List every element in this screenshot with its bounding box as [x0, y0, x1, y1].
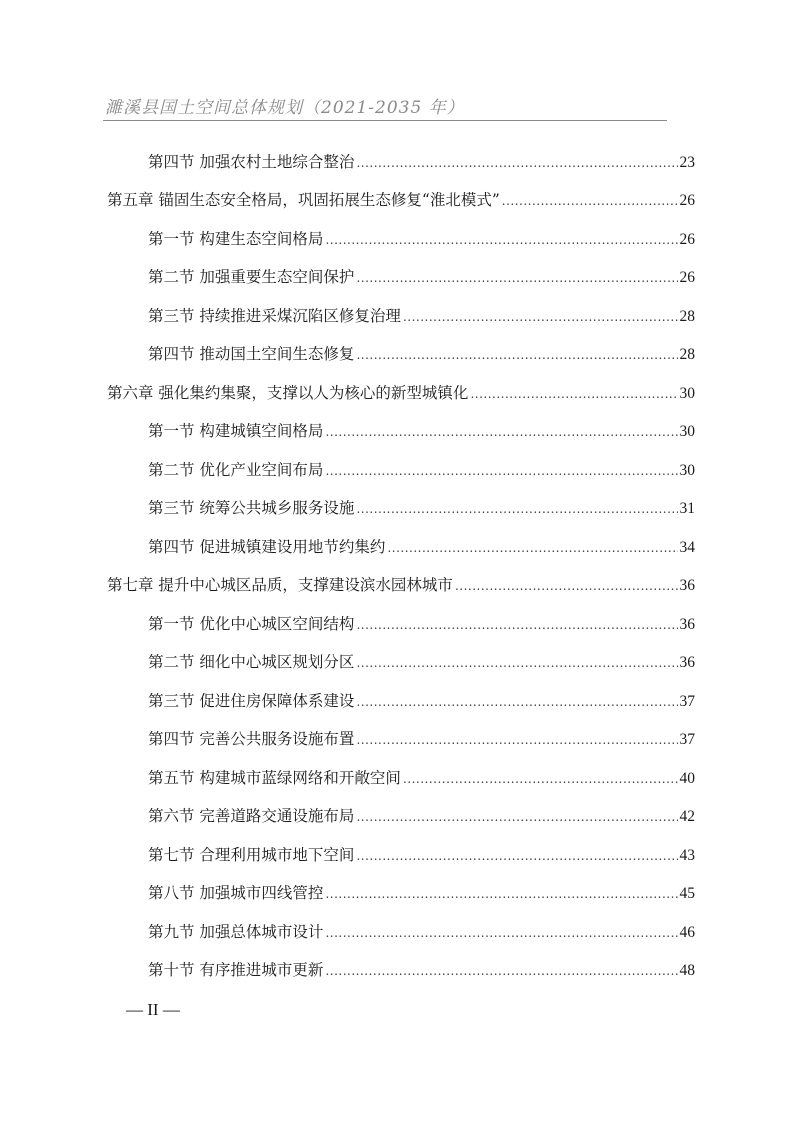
toc-entry-page: 37	[680, 693, 696, 711]
toc-entry-page: 31	[680, 500, 696, 518]
toc-entry[interactable]: 第七章 提升中心城区品质，支撑建设滨水园林城市36	[107, 573, 695, 595]
page-number: — II —	[126, 1000, 180, 1020]
toc-entry-label: 第四节 促进城镇建设用地节约集约	[148, 535, 385, 557]
toc-entry[interactable]: 第一节 优化中心城区空间结构36	[148, 612, 695, 634]
leader-dots	[325, 425, 677, 439]
toc-entry[interactable]: 第九节 加强总体城市设计46	[148, 920, 695, 942]
toc-entry-page: 43	[680, 847, 696, 865]
toc-entry-page: 46	[680, 924, 696, 942]
toc-entry-page: 45	[680, 885, 696, 903]
toc-entry[interactable]: 第一节 构建城镇空间格局30	[148, 419, 695, 441]
toc-entry-label: 第四节 完善公共服务设施布置	[148, 727, 354, 749]
toc-entry-label: 第三节 促进住房保障体系建设	[148, 689, 354, 711]
toc-entry-label: 第二节 优化产业空间布局	[148, 458, 323, 480]
toc-entry-page: 26	[680, 231, 696, 249]
toc-entry[interactable]: 第四节 加强农村土地综合整治23	[148, 150, 695, 172]
toc-entry-label: 第二节 细化中心城区规划分区	[148, 650, 354, 672]
toc-entry-page: 34	[680, 539, 696, 557]
leader-dots	[502, 194, 678, 208]
leader-dots	[403, 310, 678, 324]
leader-dots	[325, 233, 677, 247]
header-divider	[103, 120, 667, 121]
toc-entry-label: 第二节 加强重要生态空间保护	[148, 265, 354, 287]
toc-entry[interactable]: 第三节 促进住房保障体系建设37	[148, 689, 695, 711]
toc-entry[interactable]: 第二节 细化中心城区规划分区36	[148, 650, 695, 672]
toc-entry-label: 第七章 提升中心城区品质，支撑建设滨水园林城市	[107, 573, 453, 595]
leader-dots	[356, 849, 677, 863]
toc-entry-label: 第十节 有序推进城市更新	[148, 958, 323, 980]
toc-entry[interactable]: 第七节 合理利用城市地下空间43	[148, 843, 695, 865]
toc-entry-label: 第八节 加强城市四线管控	[148, 881, 323, 903]
leader-dots	[356, 348, 677, 362]
leader-dots	[325, 926, 677, 940]
toc-entry-page: 48	[680, 962, 696, 980]
toc-entry[interactable]: 第六节 完善道路交通设施布局42	[148, 804, 695, 826]
toc-entry[interactable]: 第三节 统筹公共城乡服务设施31	[148, 496, 695, 518]
toc-entry-label: 第六节 完善道路交通设施布局	[148, 804, 354, 826]
toc-entry-page: 28	[680, 308, 696, 326]
toc-entry[interactable]: 第五节 构建城市蓝绿网络和开敞空间40	[148, 766, 695, 788]
leader-dots	[356, 156, 677, 170]
toc-entry[interactable]: 第六章 强化集约集聚，支撑以人为核心的新型城镇化30	[107, 381, 695, 403]
toc-entry-page: 40	[680, 770, 696, 788]
toc-entry[interactable]: 第十节 有序推进城市更新48	[148, 958, 695, 980]
toc-entry-page: 23	[680, 154, 696, 172]
leader-dots	[356, 618, 677, 632]
leader-dots	[356, 656, 677, 670]
leader-dots	[356, 502, 677, 516]
toc-entry-page: 36	[680, 616, 696, 634]
document-header-title: 濉溪县国土空间总体规划（2021-2035 年）	[105, 93, 465, 118]
toc-entry-label: 第四节 推动国土空间生态修复	[148, 342, 354, 364]
toc-entry[interactable]: 第五章 锚固生态安全格局，巩固拓展生态修复“淮北模式”26	[107, 188, 695, 210]
toc-entry[interactable]: 第八节 加强城市四线管控45	[148, 881, 695, 903]
leader-dots	[325, 887, 677, 901]
toc-entry-page: 26	[680, 192, 696, 210]
toc-entry-label: 第三节 统筹公共城乡服务设施	[148, 496, 354, 518]
toc-entry-page: 30	[680, 385, 696, 403]
toc-entry-page: 30	[680, 423, 696, 441]
leader-dots	[325, 464, 677, 478]
toc-entry[interactable]: 第二节 加强重要生态空间保护26	[148, 265, 695, 287]
toc-entry[interactable]: 第二节 优化产业空间布局30	[148, 458, 695, 480]
leader-dots	[325, 964, 677, 978]
toc-entry[interactable]: 第四节 完善公共服务设施布置37	[148, 727, 695, 749]
leader-dots	[356, 733, 677, 747]
toc-entry-label: 第一节 优化中心城区空间结构	[148, 612, 354, 634]
toc-entry-page: 28	[680, 346, 696, 364]
toc-entry[interactable]: 第三节 持续推进采煤沉陷区修复治理28	[148, 304, 695, 326]
toc-entry-page: 36	[680, 577, 696, 595]
toc-entry[interactable]: 第四节 推动国土空间生态修复28	[148, 342, 695, 364]
toc-entry-label: 第六章 强化集约集聚，支撑以人为核心的新型城镇化	[107, 381, 468, 403]
toc-entry[interactable]: 第四节 促进城镇建设用地节约集约34	[148, 535, 695, 557]
toc-entry-page: 36	[680, 654, 696, 672]
leader-dots	[356, 271, 677, 285]
leader-dots	[356, 695, 677, 709]
leader-dots	[387, 541, 677, 555]
toc-entry-label: 第三节 持续推进采煤沉陷区修复治理	[148, 304, 401, 326]
toc-entry[interactable]: 第一节 构建生态空间格局26	[148, 227, 695, 249]
toc-entry-page: 42	[680, 808, 696, 826]
toc-entry-label: 第九节 加强总体城市设计	[148, 920, 323, 942]
toc-entry-page: 26	[680, 269, 696, 287]
toc-entry-page: 37	[680, 731, 696, 749]
toc-entry-label: 第七节 合理利用城市地下空间	[148, 843, 354, 865]
leader-dots	[356, 810, 677, 824]
leader-dots	[403, 772, 678, 786]
leader-dots	[470, 387, 677, 401]
leader-dots	[455, 579, 678, 593]
toc-entry-label: 第一节 构建生态空间格局	[148, 227, 323, 249]
toc-entry-label: 第一节 构建城镇空间格局	[148, 419, 323, 441]
toc-entry-label: 第五章 锚固生态安全格局，巩固拓展生态修复“淮北模式”	[107, 188, 500, 210]
toc-entry-page: 30	[680, 462, 696, 480]
toc-entry-label: 第四节 加强农村土地综合整治	[148, 150, 354, 172]
toc-entry-label: 第五节 构建城市蓝绿网络和开敞空间	[148, 766, 401, 788]
